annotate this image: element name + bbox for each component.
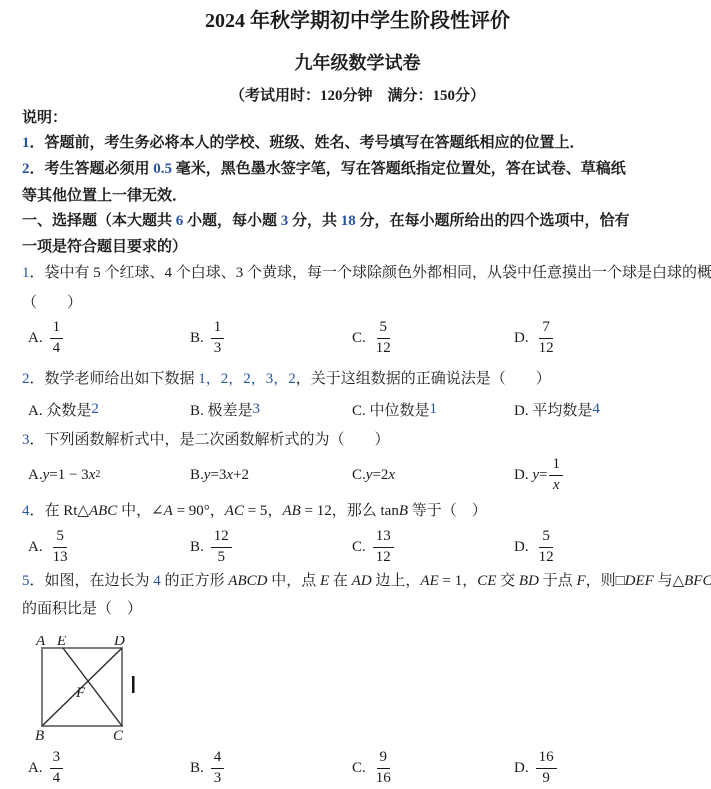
question-4-options: A. 513 B. 125 C. 1312 D. 512: [28, 527, 693, 567]
q1-option-c: C. 512: [352, 319, 514, 357]
q5-option-b: B. 43: [190, 749, 352, 787]
q4-option-b: B. 125: [190, 528, 352, 566]
q3-option-b: B. y=3x+2: [190, 467, 352, 484]
q5-option-b-label: B.: [190, 760, 204, 777]
question-5-options: A. 34 B. 43 C. 916 D. 169: [28, 748, 693, 788]
q4-option-a-fraction: 513: [50, 528, 71, 566]
q1-option-a-fraction: 14: [50, 319, 64, 357]
exam-info: （考试用时：120分钟 满分：150分）: [22, 86, 693, 106]
page-title: 2024 年秋学期初中学生阶段性评价: [22, 8, 693, 34]
q4-option-d-label: D.: [514, 539, 529, 556]
q4-option-a: A. 513: [28, 528, 190, 566]
q5-figure: A E D F B C: [30, 636, 693, 744]
question-3-options: A. y=1 − 3x2 B. y=3x+2 C. y=2x D. y= 1x: [28, 457, 693, 493]
note-2-line-1: 2．考生答题必须用 0.5 毫米，黑色墨水签字笔，写在答题纸指定位置处，答在试卷…: [22, 158, 693, 180]
question-1-text: 1．袋中有 5 个红球、4 个白球、3 个黄球，每一个球除颜色外都相同，从袋中任…: [22, 262, 693, 284]
question-5-text-line-2: 的面积比是（ ）: [22, 598, 693, 620]
notes-heading: 说明：: [22, 107, 693, 129]
figure-label-f: F: [75, 685, 86, 701]
figure-label-d: D: [113, 636, 125, 649]
figure-label-a: A: [35, 636, 46, 649]
note-2-line-2: 等其他位置上一律无效．: [22, 185, 693, 207]
question-2-options: A. 众数是 2 B. 极差是 3 C. 中位数是 1 D. 平均数是 4: [28, 398, 693, 420]
segment-ec: [63, 648, 122, 726]
q1-option-b-label: B.: [190, 330, 204, 347]
q2-option-b: B. 极差是 3: [190, 399, 352, 420]
figure-label-c: C: [113, 728, 124, 744]
question-1-options: A. 14 B. 13 C. 512 D. 712: [28, 318, 693, 358]
question-5-text-line-1: 5．如图，在边长为 4 的正方形 ABCD 中，点 E 在 AD 边上，AE =…: [22, 570, 693, 592]
note-1: 1．答题前，考生务必将本人的学校、班级、姓名、考号填写在答题纸相应的位置上．: [22, 132, 693, 154]
q1-option-b: B. 13: [190, 319, 352, 357]
q4-option-b-label: B.: [190, 539, 204, 556]
q4-option-d: D. 512: [514, 528, 557, 566]
q1-option-d-label: D.: [514, 330, 529, 347]
question-4-text: 4．在 Rt△ABC 中，∠A = 90°，AC = 5，AB = 12，那么 …: [22, 500, 693, 522]
q1-option-c-label: C.: [352, 330, 366, 347]
q4-option-a-label: A.: [28, 539, 43, 556]
q4-option-d-fraction: 512: [536, 528, 557, 566]
q4-option-c-label: C.: [352, 539, 366, 556]
q5-option-a-label: A.: [28, 760, 43, 777]
q5-option-a-fraction: 34: [50, 749, 64, 787]
q5-option-d: D. 169: [514, 749, 557, 787]
square-abcd-diagram: A E D F B C: [30, 636, 170, 744]
q5-option-c-label: C.: [352, 760, 366, 777]
q5-option-b-fraction: 43: [211, 749, 225, 787]
q5-option-c-fraction: 916: [373, 749, 394, 787]
section1-heading-line-2: 一项是符合题目要求的）: [22, 236, 693, 258]
q5-option-c: C. 916: [352, 749, 514, 787]
section1-heading-line-1: 一、选择题（本大题共 6 小题，每小题 3 分，共 18 分，在每小题所给出的四…: [22, 210, 693, 232]
question-2-text: 2．数学老师给出如下数据 1，2，2，3，2，关于这组数据的正确说法是（ ）: [22, 368, 693, 390]
q3-option-a: A. y=1 − 3x2: [28, 467, 190, 484]
figure-label-b: B: [35, 728, 44, 744]
q3-option-d-fraction: 1x: [549, 456, 563, 494]
q2-option-a: A. 众数是 2: [28, 399, 190, 420]
q5-option-a: A. 34: [28, 749, 190, 787]
q2-option-d: D. 平均数是 4: [514, 399, 600, 420]
question-3-text: 3．下列函数解析式中，是二次函数解析式的为（ ）: [22, 429, 693, 451]
q1-option-d-fraction: 712: [536, 319, 557, 357]
q4-option-b-fraction: 125: [211, 528, 232, 566]
q2-option-c: C. 中位数是 1: [352, 399, 514, 420]
q4-option-c-fraction: 1312: [373, 528, 394, 566]
q3-option-d-prefix: D. y=: [514, 467, 547, 484]
q1-option-b-fraction: 13: [211, 319, 225, 357]
text-caret: [132, 676, 135, 693]
q5-option-d-fraction: 169: [536, 749, 557, 787]
q4-option-c: C. 1312: [352, 528, 514, 566]
exam-page: 2024 年秋学期初中学生阶段性评价 九年级数学试卷 （考试用时：120分钟 满…: [0, 0, 711, 788]
q1-option-d: D. 712: [514, 319, 557, 357]
page-subtitle: 九年级数学试卷: [22, 51, 693, 75]
q5-option-d-label: D.: [514, 760, 529, 777]
q1-option-c-fraction: 512: [373, 319, 394, 357]
q1-option-a-label: A.: [28, 330, 43, 347]
question-1-answer-paren: （ ）: [22, 292, 693, 314]
q3-option-d: D. y= 1x: [514, 456, 563, 494]
figure-label-e: E: [56, 636, 66, 649]
q3-option-c: C. y=2x: [352, 467, 514, 484]
q1-option-a: A. 14: [28, 319, 190, 357]
